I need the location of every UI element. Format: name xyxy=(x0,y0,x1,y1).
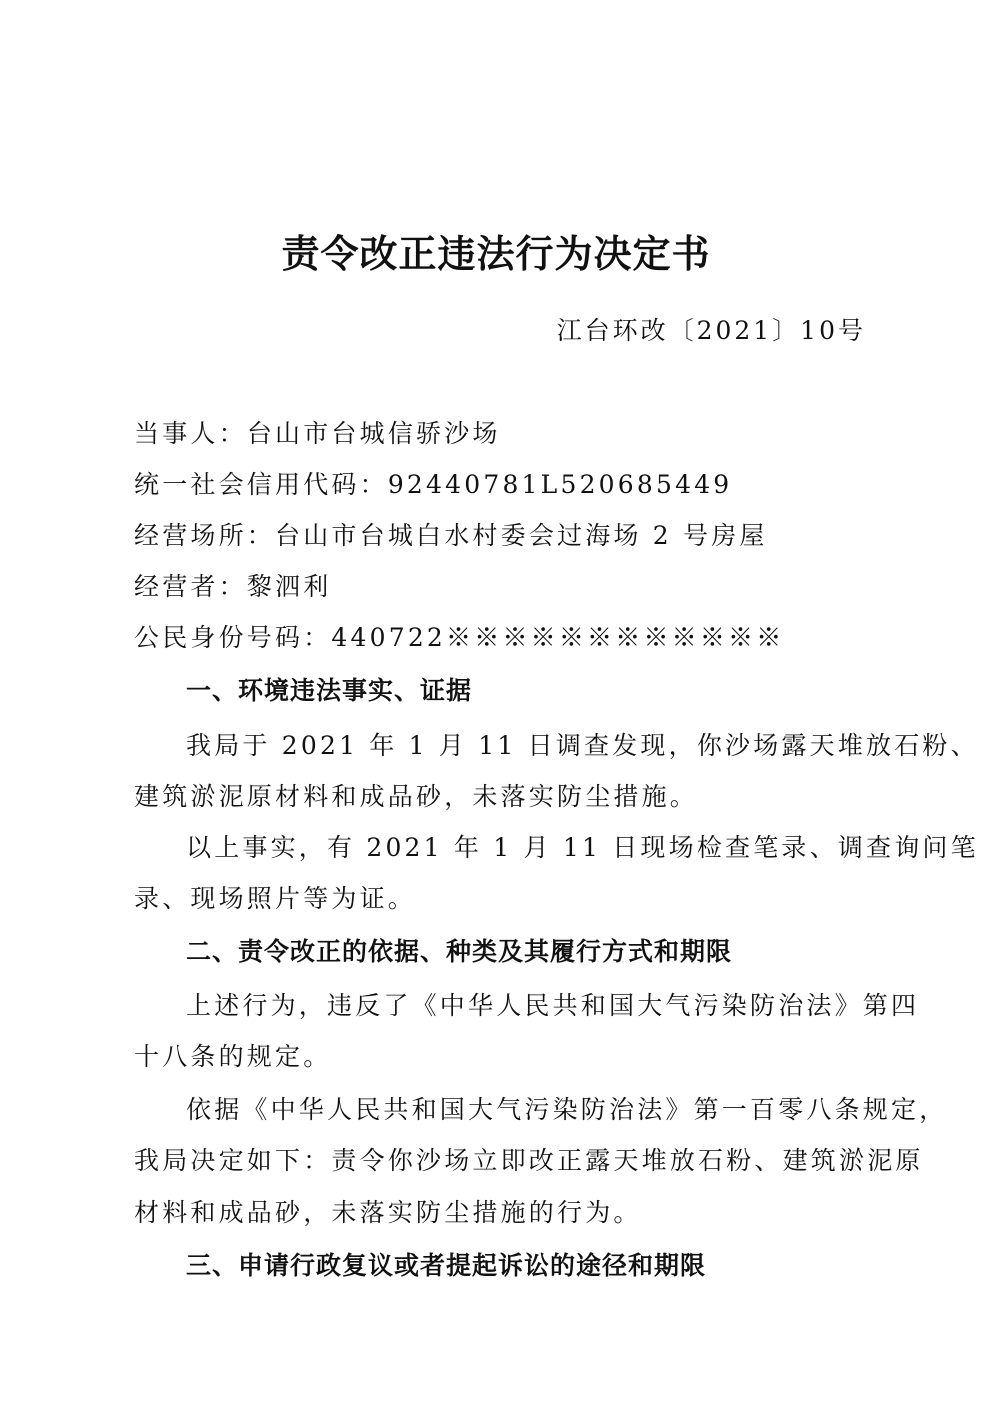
party-name-value: 台山市台城信骄沙场 xyxy=(247,419,501,448)
operator-value: 黎泗利 xyxy=(247,572,332,601)
paragraph-line: 材料和成品砂，未落实防尘措施的行为。 xyxy=(134,1193,642,1233)
business-address-value: 台山市台城白水村委会过海场 2 号房屋 xyxy=(275,521,768,550)
credit-code-label: 统一社会信用代码： xyxy=(134,470,388,499)
section-heading-appeal: 三、申请行政复议或者提起诉讼的途径和期限 xyxy=(186,1246,706,1286)
id-number-row: 公民身份号码：440722※※※※※※※※※※※※ xyxy=(134,618,784,658)
paragraph-line: 录、现场照片等为证。 xyxy=(134,879,416,919)
paragraph-line: 十八条的规定。 xyxy=(134,1037,331,1077)
paragraph-line: 上述行为，违反了《中华人民共和国大气污染防治法》第四 xyxy=(186,986,919,1026)
section-heading-facts: 一、环境违法事实、证据 xyxy=(186,671,472,711)
party-name-label: 当事人： xyxy=(134,419,247,448)
section-heading-basis: 二、责令改正的依据、种类及其履行方式和期限 xyxy=(186,932,732,972)
party-name-row: 当事人：台山市台城信骄沙场 xyxy=(134,414,501,454)
paragraph-line: 依据《中华人民共和国大气污染防治法》第一百零八条规定， xyxy=(186,1090,947,1130)
business-address-row: 经营场所：台山市台城白水村委会过海场 2 号房屋 xyxy=(134,516,768,556)
credit-code-value: 92440781L520685449 xyxy=(388,470,733,499)
paragraph-line: 我局决定如下：责令你沙场立即改正露天堆放石粉、建筑淤泥原 xyxy=(134,1141,924,1181)
paragraph-line: 以上事实，有 2021 年 1 月 11 日现场检查笔录、调查询问笔 xyxy=(186,828,979,868)
id-number-label: 公民身份号码： xyxy=(134,623,331,652)
credit-code-row: 统一社会信用代码：92440781L520685449 xyxy=(134,465,732,505)
operator-label: 经营者： xyxy=(134,572,247,601)
id-number-value: 440722※※※※※※※※※※※※ xyxy=(331,623,784,652)
document-title: 责令改正违法行为决定书 xyxy=(0,228,992,280)
operator-row: 经营者：黎泗利 xyxy=(134,567,331,607)
paragraph-line: 我局于 2021 年 1 月 11 日调查发现，你沙场露天堆放石粉、 xyxy=(186,726,979,766)
business-address-label: 经营场所： xyxy=(134,521,275,550)
document-number: 江台环改〔2021〕10号 xyxy=(557,311,866,351)
paragraph-line: 建筑淤泥原材料和成品砂，未落实防尘措施。 xyxy=(134,777,698,817)
document-page: 责令改正违法行为决定书 江台环改〔2021〕10号 当事人：台山市台城信骄沙场 … xyxy=(0,0,992,1403)
